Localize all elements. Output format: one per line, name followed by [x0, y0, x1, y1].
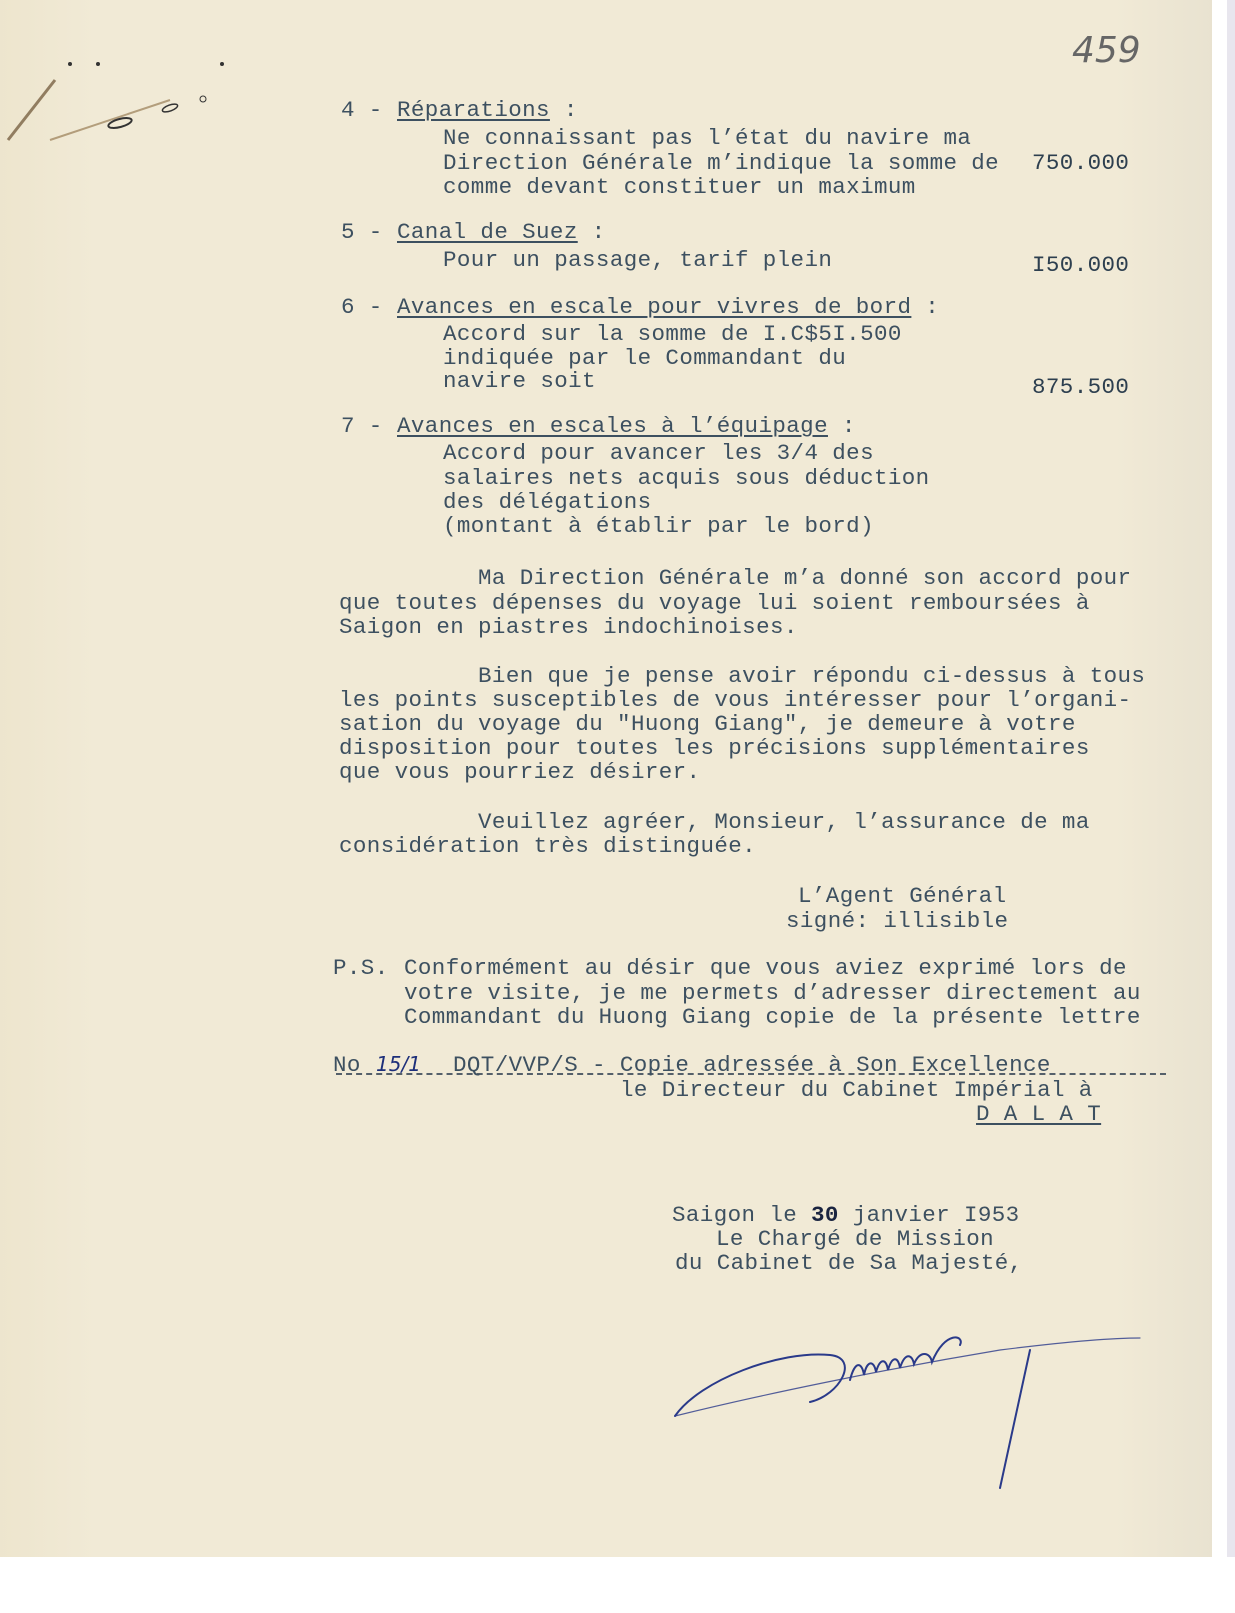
signature-scribble [0, 0, 1235, 1613]
